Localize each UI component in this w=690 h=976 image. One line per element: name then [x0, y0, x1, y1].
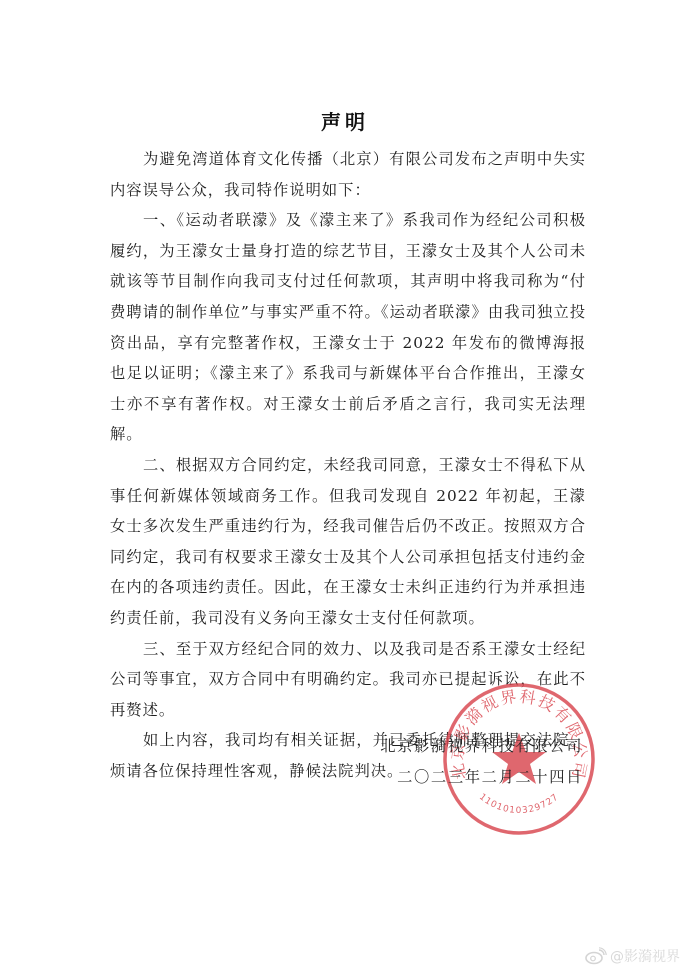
watermark-text: @影漪视界 — [610, 946, 680, 966]
company-seal-stamp-icon: 北京影漪视界科技有限公司 1101010329727 — [441, 681, 597, 837]
paragraph-one: 一、《运动者联濛》及《濛主来了》系我司作为经纪公司积极履约，为王濛女士量身打造的… — [110, 205, 586, 450]
signature-company: 北京影漪视界科技有限公司 — [380, 734, 583, 756]
svg-text:1101010329727: 1101010329727 — [477, 792, 561, 816]
paragraph-intro: 为避免湾道体育文化传播（北京）有限公司发布之声明中失实内容误导公众，我司特作说明… — [110, 144, 586, 205]
weibo-icon — [585, 947, 607, 965]
statement-document: 声明 为避免湾道体育文化传播（北京）有限公司发布之声明中失实内容误导公众，我司特… — [0, 0, 690, 976]
paragraph-two: 二、根据双方合同约定，未经我司同意，王濛女士不得私下从事任何新媒体领域商务工作。… — [110, 450, 586, 634]
signature-date: 二〇二三年二月二十四日 — [397, 765, 583, 787]
document-title: 声明 — [0, 106, 690, 135]
weibo-watermark: @影漪视界 — [585, 946, 680, 966]
